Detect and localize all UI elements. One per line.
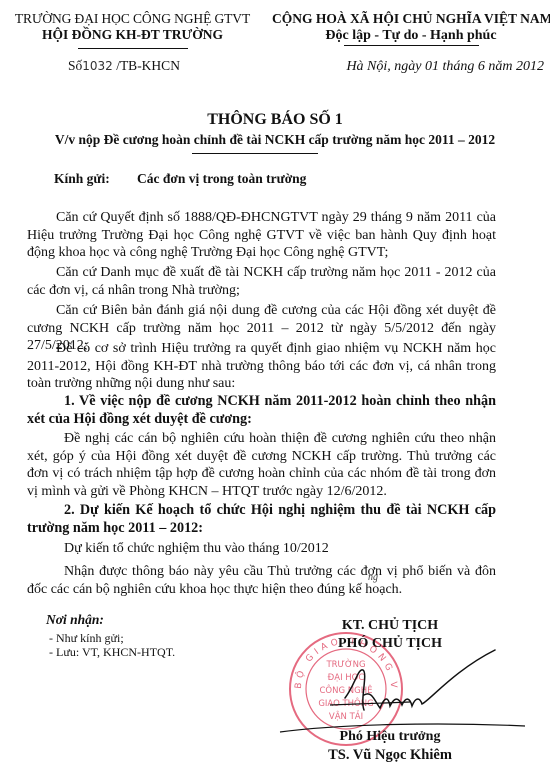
paragraph-purpose: Để có cơ sở trình Hiệu trưởng ra quyết đ… <box>27 340 496 393</box>
recipients-title: Nơi nhận: <box>46 612 104 628</box>
recipient-value: Các đơn vị trong toàn trường <box>137 171 306 187</box>
motto-underline <box>344 45 479 46</box>
section-2-heading: 2. Dự kiến Kế hoạch tổ chức Hội nghị ngh… <box>27 502 496 537</box>
section-2-text: Dự kiến tổ chức nghiệm thu vào tháng 10/… <box>27 540 496 558</box>
issuer-header: TRƯỜNG ĐẠI HỌC CÔNG NGHỆ GTVT HỘI ĐỒNG K… <box>0 11 265 49</box>
recipient-item: - Lưu: VT, KHCN-HTQT. <box>49 645 175 660</box>
header-divider <box>78 48 188 49</box>
date-line: Hà Nội, ngày 01 tháng 6 năm 2012 <box>0 59 544 75</box>
paragraph-topic-list: Căn cứ Danh mục đề xuất đề tài NCKH cấp … <box>27 264 496 299</box>
section-1-text: Đề nghị các cán bộ nghiên cứu hoàn thiện… <box>27 430 496 500</box>
signature-title: KT. CHỦ TỊCH <box>290 618 490 634</box>
document-subject: V/v nộp Đề cương hoàn chỉnh đề tài NCKH … <box>0 132 550 148</box>
document-title: THÔNG BÁO SỐ 1 <box>0 111 550 129</box>
council-name: HỘI ĐỒNG KH-ĐT TRƯỜNG <box>0 27 265 43</box>
national-motto: Độc lập - Tự do - Hạnh phúc <box>272 27 550 44</box>
subject-underline <box>192 153 318 154</box>
initials-mark: ng <box>368 572 378 583</box>
handwritten-signature-icon <box>260 640 525 760</box>
national-header: CỘNG HOÀ XÃ HỘI CHỦ NGHĨA VIỆT NAM Độc l… <box>272 11 550 46</box>
institution-name: TRƯỜNG ĐẠI HỌC CÔNG NGHỆ GTVT <box>0 11 265 27</box>
country-name: CỘNG HOÀ XÃ HỘI CHỦ NGHĨA VIỆT NAM <box>272 11 550 27</box>
paragraph-decision: Căn cứ Quyết định số 1888/QĐ-ĐHCNGTVT ng… <box>27 209 496 262</box>
recipient-item: - Như kính gửi; <box>49 631 124 646</box>
section-1-heading: 1. Về việc nộp đề cương NCKH năm 2011-20… <box>27 393 496 428</box>
closing-paragraph: Nhận được thông báo này yêu cầu Thủ trưở… <box>27 563 496 598</box>
recipient-label: Kính gửi: <box>54 171 110 187</box>
